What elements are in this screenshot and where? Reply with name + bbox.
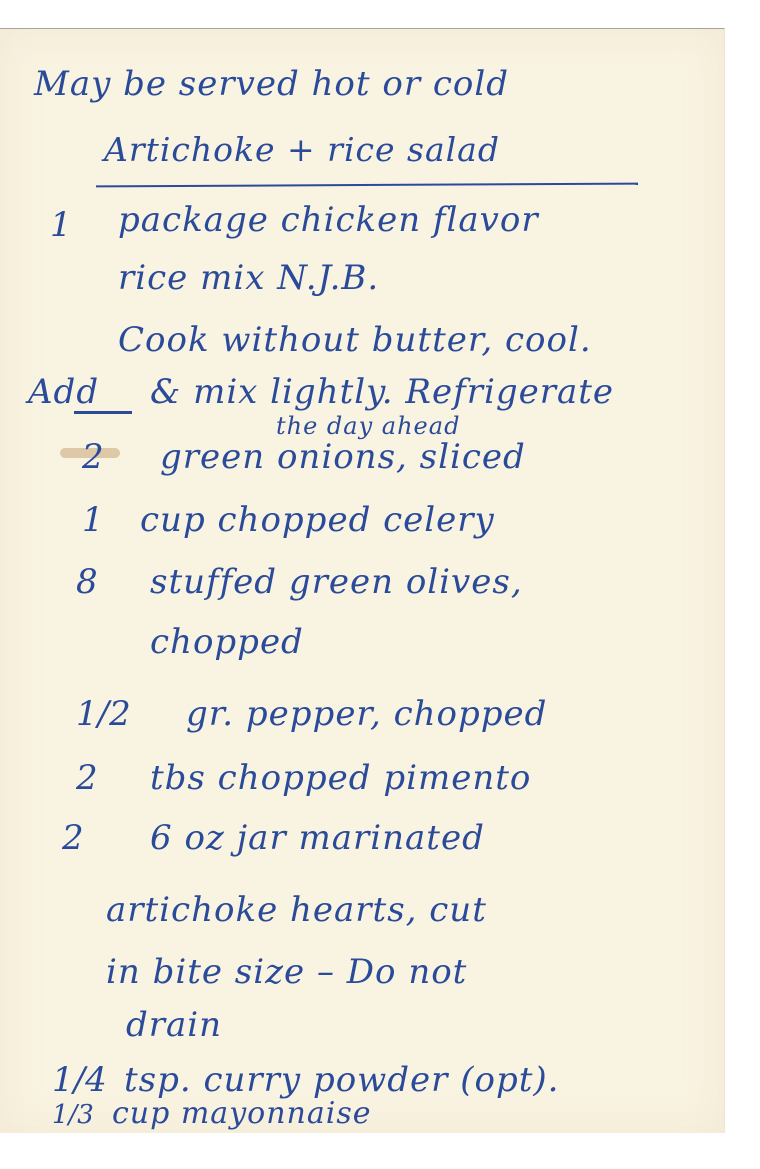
- ingredient-line: stuffed green olives,: [150, 562, 523, 602]
- step-line: the day ahead: [276, 412, 460, 440]
- ingredient-line: chopped: [150, 622, 304, 662]
- ingredient-qty: 2: [82, 437, 104, 477]
- ingredient-line: gr. pepper, chopped: [186, 694, 547, 734]
- step-line: package chicken flavor: [118, 200, 539, 240]
- ingredient-qty: 2: [62, 818, 84, 858]
- ingredient-line: artichoke hearts, cut: [106, 890, 487, 930]
- ingredient-qty: 1: [82, 500, 104, 540]
- ingredient-line: cup mayonnaise: [112, 1096, 371, 1131]
- serving-note: May be served hot or cold: [34, 64, 509, 104]
- ingredient-line: tsp. curry powder (opt).: [124, 1060, 559, 1100]
- step-line: & mix lightly. Refrigerate: [150, 372, 614, 412]
- ingredient-line: in bite size – Do not: [106, 952, 467, 992]
- ingredient-qty: 1/2: [76, 694, 131, 734]
- step-qty: 1: [50, 205, 72, 245]
- ingredient-line: 6 oz jar marinated: [150, 818, 485, 858]
- add-label: Add: [28, 372, 99, 412]
- step-line: Cook without butter, cool.: [118, 320, 592, 360]
- ingredient-line: green onions, sliced: [160, 437, 526, 477]
- ingredient-line: tbs chopped pimento: [150, 758, 531, 798]
- add-underline: [74, 411, 132, 414]
- step-line: rice mix N.J.B.: [118, 258, 379, 298]
- ingredient-qty: 2: [76, 758, 98, 798]
- ingredient-qty: 8: [76, 562, 98, 602]
- ingredient-line: drain: [126, 1005, 222, 1045]
- ingredient-qty: 1/4: [52, 1060, 107, 1100]
- ingredient-qty: 1/3: [52, 1100, 94, 1130]
- ingredient-line: cup chopped celery: [140, 500, 495, 540]
- recipe-title: Artichoke + rice salad: [104, 130, 500, 169]
